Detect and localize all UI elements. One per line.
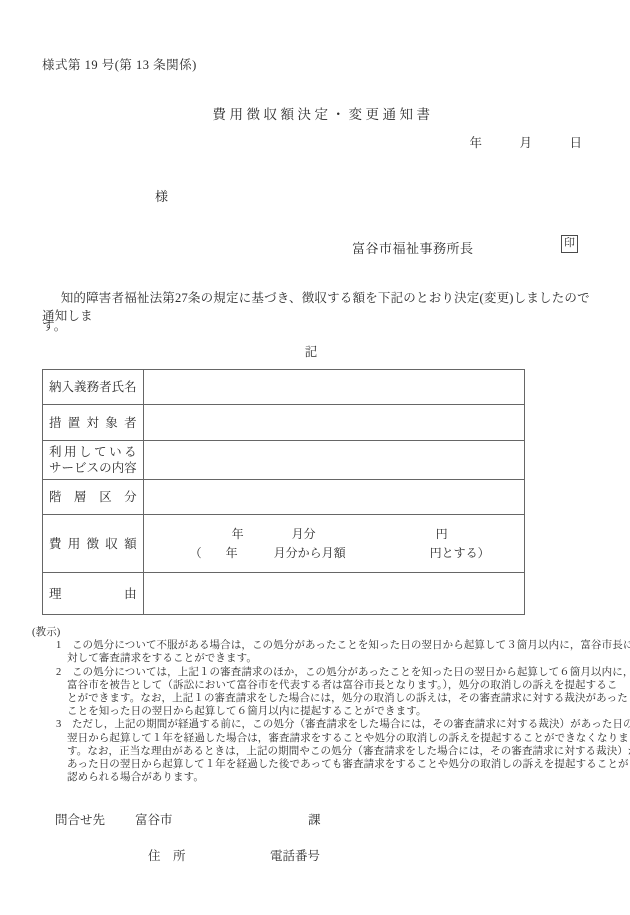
row-value-cell [143,405,524,441]
table-row-fee-amount: 費用徴収額 年 月分 円 （ 年 月分から月額 円とする） [43,515,525,573]
date-line: 年 月 日 [0,133,630,151]
row-label-cell: 理由 [43,573,144,615]
fee-notice-table: 納入義務者氏名 措置対象者 利用している サービスの内容 階層区分 [42,369,525,615]
fee-amount-line2: （ 年 月分から月額 円とする） [148,544,520,563]
contact-city: 富谷市 [135,810,173,828]
contact-section-suffix: 課 [308,810,321,828]
notification-paragraph-line2: す。 [42,316,594,334]
form-number: 様式第 19 号(第 13 条関係) [42,55,197,73]
row-label: 費用徴収額 [49,536,137,552]
row-label-line2: サービスの内容 [49,460,137,476]
instruction-item1-line1: 1 この処分について不服がある場合は，この処分があったことを知った日の翌日から起… [32,639,600,652]
row-value-cell [143,370,524,405]
seal-mark: 印 [561,235,578,253]
table-row-reason: 理由 [43,573,525,615]
address-label: 住 所 [148,846,186,864]
row-label: 階層区分 [49,489,137,505]
row-label-cell: 措置対象者 [43,405,144,441]
row-value-cell [143,441,524,480]
appeal-instructions: (教示) 1 この処分について不服がある場合は，この処分があったことを知った日の… [32,626,600,784]
instruction-item2-line4: ことを知った日の翌日から起算して６箇月以内に提起することができます。 [32,705,600,718]
table-row-placement-target: 措置対象者 [43,405,525,441]
table-row-payer-name: 納入義務者氏名 [43,370,525,405]
row-label-cell: 利用している サービスの内容 [43,441,144,480]
row-label: 納入義務者氏名 [49,379,137,395]
instruction-item3-line4: あった日の翌日から起算して１年を経過した後であっても審査請求をすることや処分の取… [32,758,600,771]
document-page: 様式第 19 号(第 13 条関係) 費用徴収額決定・変更通知書 年 月 日 様… [0,0,630,915]
recipient-honorific: 様 [155,186,168,205]
row-label-cell: 費用徴収額 [43,515,144,573]
table-row-service-content: 利用している サービスの内容 [43,441,525,480]
row-label-cell: 納入義務者氏名 [43,370,144,405]
row-value-cell [143,480,524,515]
ki-heading: 記 [0,342,626,360]
instruction-item3-line1: 3 ただし，上記の期間が経過する前に，この処分（審査請求をした場合には，その審査… [32,718,600,731]
table-row-tier-category: 階層区分 [43,480,525,515]
instruction-item3-line3: す。なお，正当な理由があるときは，上記の期間やこの処分（審査請求をした場合には，… [32,745,600,758]
instruction-item3-line5: 認められる場合があります。 [32,771,600,784]
row-label: 理由 [49,586,137,602]
document-title: 費用徴収額決定・変更通知書 [8,103,630,123]
issuer-name: 富谷市福祉事務所長 [352,238,474,257]
row-label-cell: 階層区分 [43,480,144,515]
row-value-cell [143,573,524,615]
fee-amount-line1: 年 月分 円 [148,525,520,544]
row-label: 措置対象者 [49,415,137,431]
row-label-line1: 利用している [49,444,137,460]
instruction-item2-line2: 富谷市を被告として（訴訟において富谷市を代表する者は富谷市長となります。），処分… [32,679,600,692]
row-value-cell: 年 月分 円 （ 年 月分から月額 円とする） [143,515,524,573]
phone-label: 電話番号 [270,846,320,864]
instruction-item1-line2: 対して審査請求をすることができます。 [32,652,600,665]
contact-label: 問合せ先 [55,810,105,828]
instructions-heading: (教示) [32,626,600,639]
instruction-item2-line3: とができます。なお，上記１の審査請求をした場合には，処分の取消しの訴えは，その審… [32,692,600,705]
instruction-item3-line2: 翌日から起算して１年を経過した場合は，審査請求をすることや処分の取消しの訴えを提… [32,732,600,745]
instruction-item2-line1: 2 この処分については，上記１の審査請求のほか，この処分があったことを知った日の… [32,666,600,679]
